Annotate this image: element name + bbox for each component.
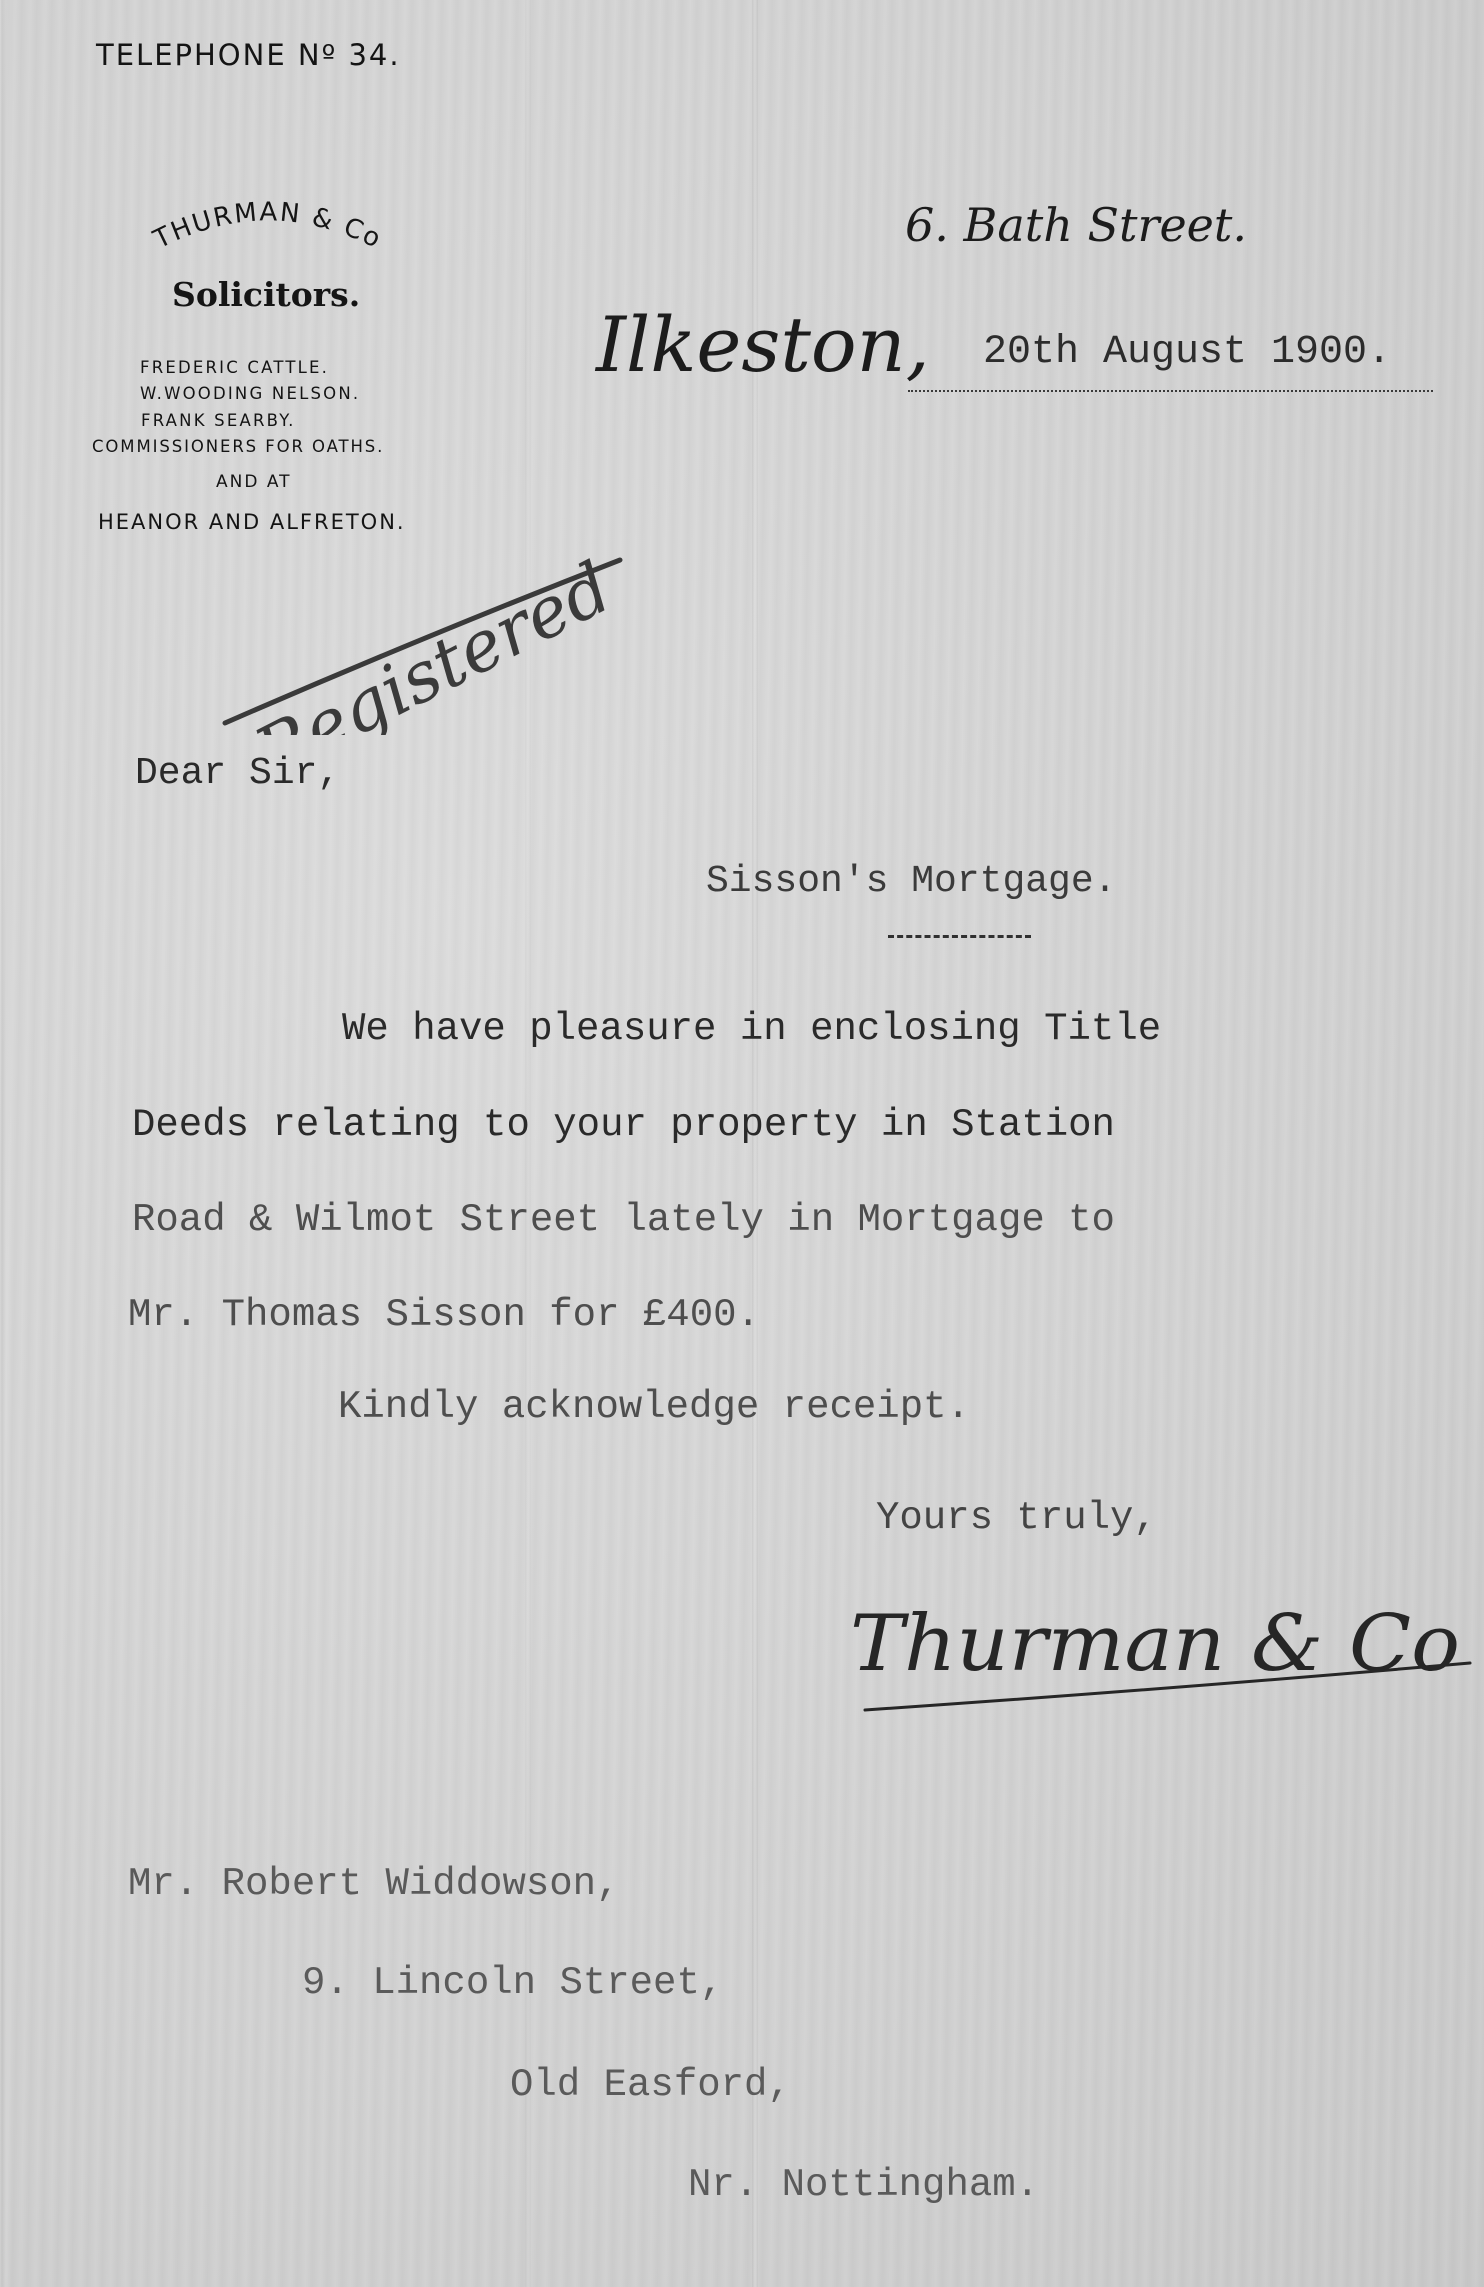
town: Ilkeston, — [596, 300, 930, 389]
registered-annotation: Registered — [195, 545, 655, 735]
recipient-address-line: Old Easford, — [510, 2063, 791, 2107]
salutation: Dear Sir, — [135, 752, 340, 795]
closing-request: Kindly acknowledge receipt. — [338, 1385, 970, 1429]
recipient-address-line: Nr. Nottingham. — [688, 2163, 1039, 2207]
body-line: Road & Wilmot Street lately in Mortgage … — [132, 1198, 1115, 1242]
branches-label: AND AT — [216, 472, 292, 492]
subject-line: Sisson's Mortgage. — [706, 860, 1116, 903]
street-address: 6. Bath Street. — [905, 198, 1247, 252]
body-line: We have pleasure in enclosing Title — [342, 1007, 1161, 1051]
firm-type: Solicitors. — [172, 275, 360, 314]
signature: Thurman & Co — [840, 1585, 1480, 1735]
body-line: Deeds relating to your property in Stati… — [132, 1103, 1115, 1147]
body-line: Mr. Thomas Sisson for £400. — [128, 1293, 760, 1337]
signature-text: Thurman & Co — [850, 1599, 1460, 1689]
firm-name: THURMAN & Co — [148, 197, 387, 255]
valediction: Yours truly, — [876, 1496, 1157, 1540]
branches: HEANOR AND ALFRETON. — [98, 510, 406, 534]
partner-name: W.WOODING NELSON. — [140, 384, 360, 403]
registered-text: Registered — [240, 546, 623, 735]
subject-underline — [888, 935, 1031, 938]
firm-name-arc: THURMAN & Co — [128, 188, 408, 268]
telephone-number: TELEPHONE Nº 34. — [96, 38, 401, 72]
letter-date: 20th August 1900. — [983, 330, 1391, 375]
partner-name: FREDERIC CATTLE. — [140, 358, 329, 377]
date-dotted-line — [908, 390, 1433, 392]
recipient-address-line: 9. Lincoln Street, — [302, 1961, 723, 2005]
recipient-address-line: Mr. Robert Widdowson, — [128, 1862, 619, 1906]
partner-name: FRANK SEARBY. — [141, 411, 296, 430]
commissioners-line: COMMISSIONERS FOR OATHS. — [92, 437, 384, 456]
svg-text:THURMAN & Co: THURMAN & Co — [148, 197, 387, 255]
